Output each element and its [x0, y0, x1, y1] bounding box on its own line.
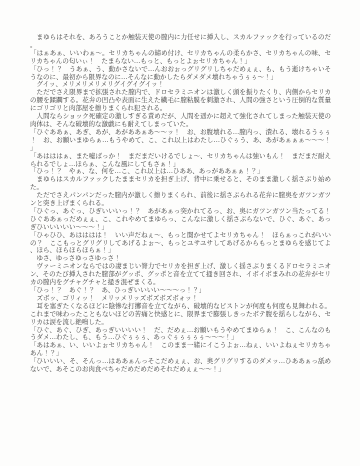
paragraph: 「ひっ！？ うあぁ、う、動かさないで…んおおぉっグリグリしちゃだめぇぇ、も、もう… — [30, 66, 331, 82]
paragraph: 「ひいいい、そ、そんっ…はああぁんっそこだめぇぇ、お、奥グリグリするのダメッ…ひ… — [30, 358, 331, 374]
paragraph: 「はぁあぁ、いいわぁ〜。セリカちゃんの締め付け、セリカちゃんの柔らかさ、セリカち… — [30, 50, 331, 66]
paragraph: ただでさえ限界まで拡張された膣内で、ドロセラミニオンは激しく頭を振りたくり、内側… — [30, 89, 331, 113]
paragraph: 「ひゃひひ、あはははは！ いい声だねぇ〜、もっと聞かせてよセリカちゃん！ ほらぁ… — [30, 232, 331, 256]
paragraph: 「ひぐああぁ、あぎ、あが、あがああぁあ〜〜ッ！ お、お腹壊れる…膣内っ、潰れる、… — [30, 129, 331, 153]
paragraph: 「ひぐ、あぐ、ひぎ、あっぎいいいい！ だ、だめぇ…お願いもうやめてまゆらぁ！ こ… — [30, 327, 331, 343]
document-text: まゆらはそれを、あろうことか触装天使の膣内に力任せに挿入し、スカルファックを行っ… — [30, 34, 331, 374]
paragraph: ヴァーミニオンならではの凄まじい膂力でセリカを担ぎ上げ、激しく揺さぶりまくるドロ… — [30, 263, 331, 287]
document-page: まゆらはそれを、あろうことか触装天使の膣内に力任せに挿入し、スカルファックを行っ… — [0, 0, 360, 466]
paragraph: 人間ならショック死確定の激しすぎる責めだが、人間を遥かに超えて強化されてしまった… — [30, 113, 331, 129]
paragraph: まゆらはそれを、あろうことか触装天使の膣内に力任せに挿入し、スカルファックを行っ… — [30, 34, 331, 50]
paragraph: 「ひぐっ、あぐっ、ひぎいいいっ！？ あがあぁっ突かれてるっ、お、奥にガツンガツン… — [30, 208, 331, 232]
paragraph: 耳を塞ぎたくなるほどに陰惨な打擲音を立てながら、破壊的なピストンが何度も何度も見… — [30, 303, 331, 327]
paragraph: まゆらはスカルファックしたままセリカを担ぎ上げ、背中に乗せると、そのまま激しく揺… — [30, 176, 331, 192]
paragraph: ただでさえパンパンだった膣内が激しく擦りまくられ、前後に揺さぶられる花弁に膣奥を… — [30, 192, 331, 208]
paragraph: 「あはあぁ、い、いいよぉセリカちゃん！ このまま一緒にイこうよぉ…ねぇ、いいよね… — [30, 342, 331, 358]
